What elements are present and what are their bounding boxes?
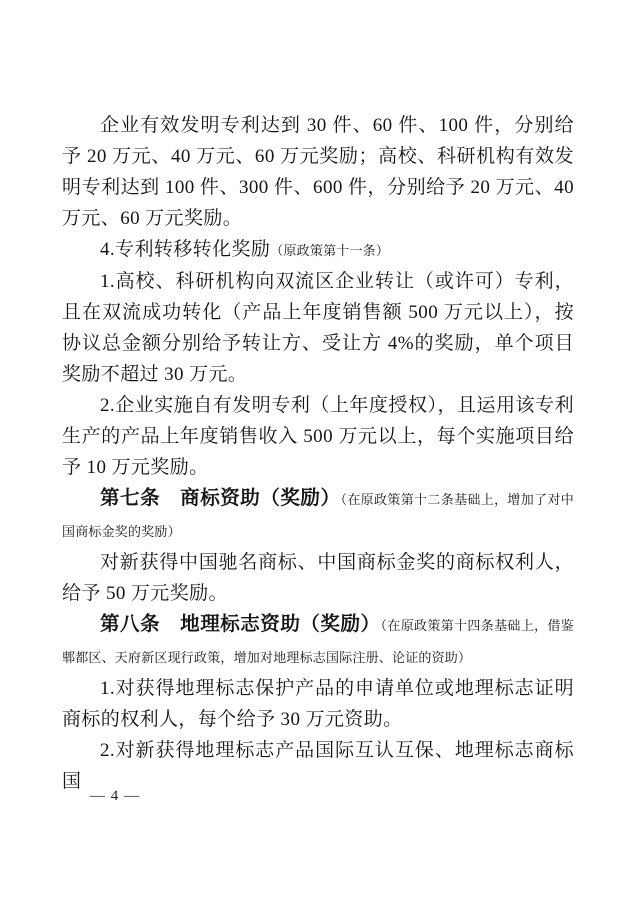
heading-article-7-trademark-subsidy: 第七条 商标资助（奖励）（在原政策第十二条基础上，增加了对中国商标金奖的奖励） (62, 483, 574, 547)
annotation-note-original-article-11: （原政策第十一条） (270, 243, 389, 258)
heading-article-8-gi-subsidy: 第八条 地理标志资助（奖励）（在原政策第十四条基础上，借鉴郫都区、天府新区现行政… (62, 609, 574, 673)
paragraph-invention-patent-reward: 企业有效发明专利达到 30 件、60 件、100 件，分别给予 20 万元、40… (62, 110, 574, 234)
paragraph-gi-protection-subsidy: 1.对获得地理标志保护产品的申请单位或地理标志证明商标的权利人，每个给予 30 … (62, 673, 574, 735)
subitem-title: 4.专利转移转化奖励 (100, 239, 270, 260)
document-body: 企业有效发明专利达到 30 件、60 件、100 件，分别给予 20 万元、40… (62, 110, 574, 797)
article-7-title: 第七条 商标资助（奖励） (100, 488, 341, 509)
paragraph-patent-implementation-detail: 2.企业实施自有发明专利（上年度授权），且运用该专利生产的产品上年度销售收入 5… (62, 390, 574, 483)
paragraph-patent-transfer-detail: 1.高校、科研机构向双流区企业转让（或许可）专利，且在双流成功转化（产品上年度销… (62, 266, 574, 390)
document-page: 企业有效发明专利达到 30 件、60 件、100 件，分别给予 20 万元、40… (0, 0, 636, 900)
subitem-patent-transfer-reward: 4.专利转移转化奖励（原政策第十一条） (62, 234, 574, 266)
article-8-title: 第八条 地理标志资助（奖励） (100, 614, 381, 635)
page-number: — 4 — (90, 788, 140, 805)
paragraph-trademark-reward: 对新获得中国驰名商标、中国商标金奖的商标权利人，给予 50 万元奖励。 (62, 547, 574, 609)
